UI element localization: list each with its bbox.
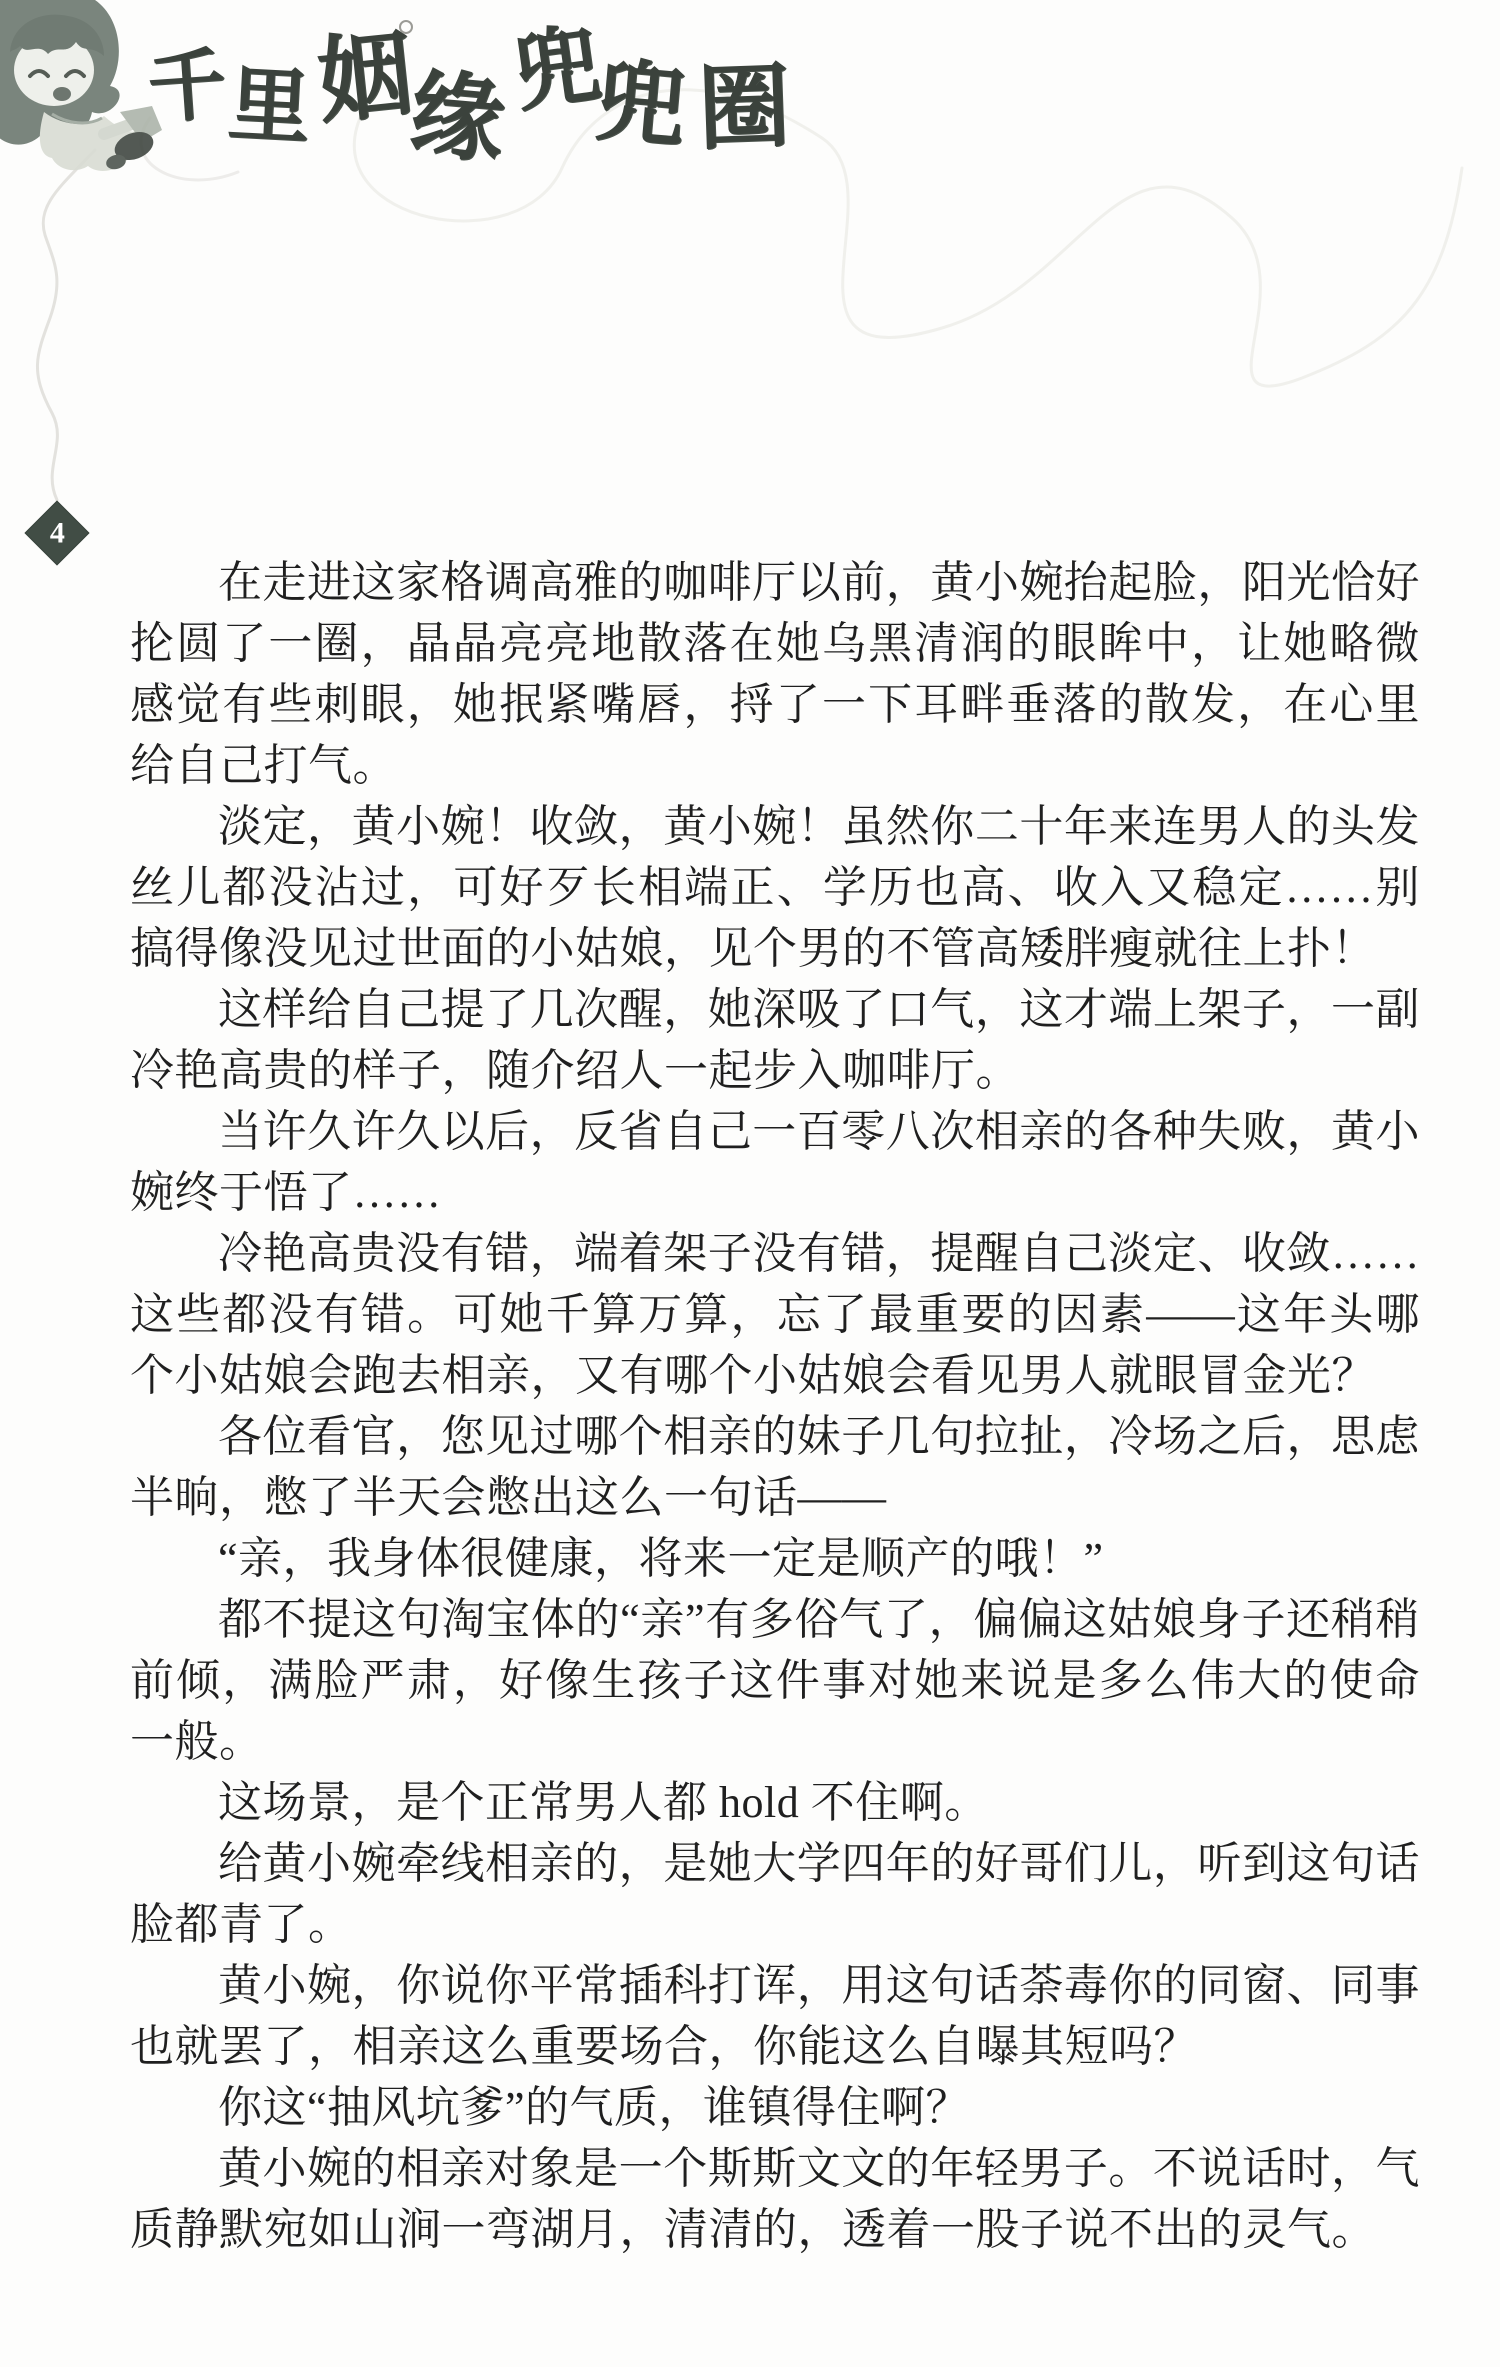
series-title-char: 兜 <box>592 56 690 154</box>
paragraph: 各位看官，您见过哪个相亲的妹子几句拉扯，冷场之后，思虑半晌，憋了半天会憋出这么一… <box>130 1406 1420 1528</box>
paragraph: 这样给自己提了几次醒，她深吸了口气，这才端上架子，一副冷艳高贵的样子，随介绍人一… <box>130 979 1420 1101</box>
paragraph: 都不提这句淘宝体的“亲”有多俗气了，偏偏这姑娘身子还稍稍前倾，满脸严肃，好像生孩… <box>130 1589 1420 1772</box>
series-title-char: 里 <box>226 64 312 150</box>
series-title-char: 兜 <box>508 20 605 117</box>
book-page: 千 里 姻 缘 兜 兜 圈 4 在走进这家格调高雅的咖啡厅以前，黄小婉抬起脸，阳… <box>0 0 1500 2367</box>
series-title-char: 千 <box>145 45 228 128</box>
series-title-char: 圈 <box>696 60 791 155</box>
page-number: 4 <box>50 516 65 550</box>
body-text-column: 在走进这家格调高雅的咖啡厅以前，黄小婉抬起脸，阳光恰好抡圆了一圈，晶晶亮亮地散落… <box>130 552 1420 2260</box>
paragraph: 淡定，黄小婉！收敛，黄小婉！虽然你二十年来连男人的头发丝儿都没沾过，可好歹长相端… <box>130 796 1420 979</box>
paragraph: 冷艳高贵没有错，端着架子没有错，提醒自己淡定、收敛……这些都没有错。可她千算万算… <box>130 1223 1420 1406</box>
series-title-char: 姻 <box>313 27 416 130</box>
paragraph: 这场景，是个正常男人都 hold 不住啊。 <box>130 1772 1420 1833</box>
series-title-char: 缘 <box>406 68 508 170</box>
paragraph: 给黄小婉牵线相亲的，是她大学四年的好哥们儿，听到这句话脸都青了。 <box>130 1833 1420 1955</box>
paragraph: “亲，我身体很健康，将来一定是顺产的哦！” <box>130 1528 1420 1589</box>
ring-doodle-icon <box>399 20 413 34</box>
paragraph: 黄小婉，你说你平常插科打诨，用这句话荼毒你的同窗、同事也就罢了，相亲这么重要场合… <box>130 1955 1420 2077</box>
paragraph: 在走进这家格调高雅的咖啡厅以前，黄小婉抬起脸，阳光恰好抡圆了一圈，晶晶亮亮地散落… <box>130 552 1420 796</box>
paragraph: 当许久许久以后，反省自己一百零八次相亲的各种失败，黄小婉终于悟了…… <box>130 1101 1420 1223</box>
series-title: 千 里 姻 缘 兜 兜 圈 <box>148 26 790 120</box>
page-number-badge: 4 <box>24 500 89 565</box>
paragraph: 黄小婉的相亲对象是一个斯斯文文的年轻男子。不说话时，气质静默宛如山涧一弯湖月，清… <box>130 2138 1420 2260</box>
paragraph: 你这“抽风坑爹”的气质，谁镇得住啊？ <box>130 2077 1420 2138</box>
